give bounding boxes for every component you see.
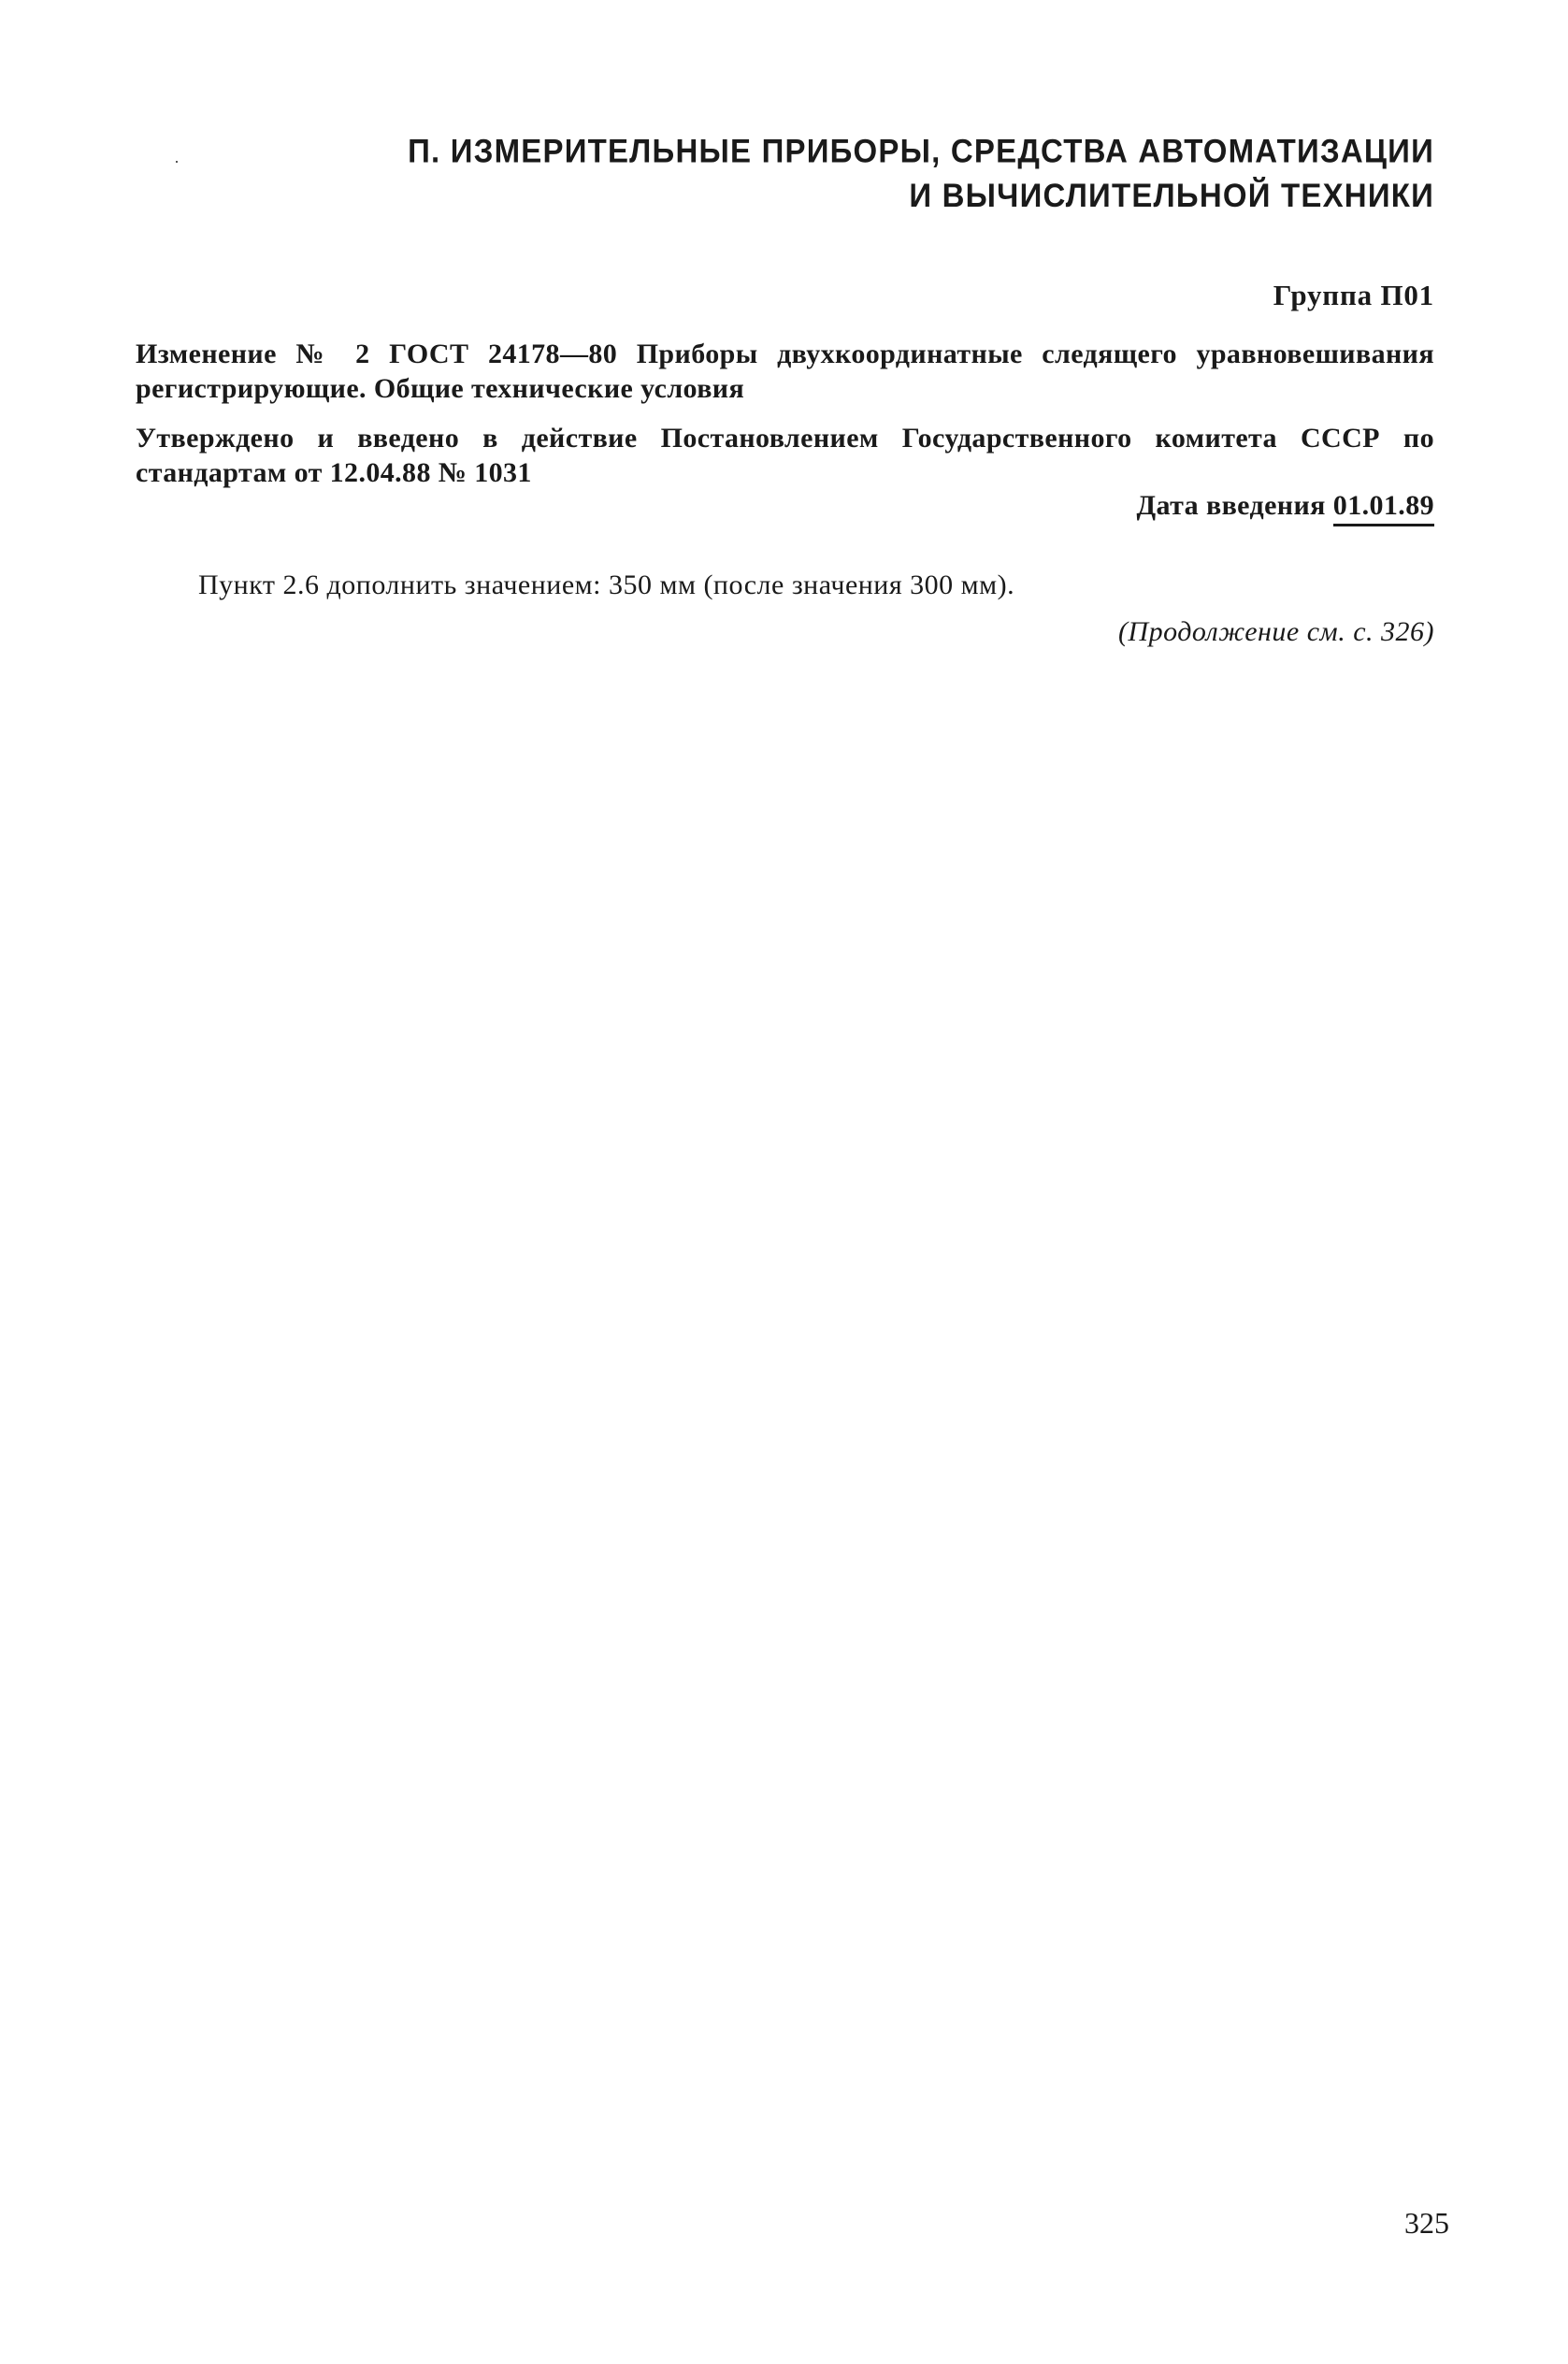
page-number: 325	[1346, 2205, 1449, 2241]
introduction-date-value: 01.01.89	[1333, 490, 1434, 526]
introduction-date: Дата введения01.01.89	[935, 488, 1434, 523]
amendment-paragraph: Пункт 2.6 дополнить значением: 350 мм (п…	[198, 569, 1434, 602]
group-label: Группа П01	[1122, 279, 1434, 312]
continuation-note: (Продолжение см. с. 326)	[842, 615, 1434, 649]
section-heading-line-1: П. ИЗМЕРИТЕЛЬНЫЕ ПРИБОРЫ, СРЕДСТВА АВТОМ…	[281, 129, 1434, 174]
scan-speck	[176, 161, 178, 163]
change-title: Изменение № 2 ГОСТ 24178—80 Приборы двух…	[136, 337, 1434, 406]
document-page: П. ИЗМЕРИТЕЛЬНЫЕ ПРИБОРЫ, СРЕДСТВА АВТОМ…	[0, 0, 1568, 2364]
approval-statement: Утверждено и введено в действие Постанов…	[136, 421, 1434, 490]
introduction-date-label: Дата введения	[1137, 490, 1326, 521]
section-heading-line-2: И ВЫЧИСЛИТЕЛЬНОЙ ТЕХНИКИ	[281, 174, 1434, 219]
section-heading: П. ИЗМЕРИТЕЛЬНЫЕ ПРИБОРЫ, СРЕДСТВА АВТОМ…	[281, 129, 1434, 218]
